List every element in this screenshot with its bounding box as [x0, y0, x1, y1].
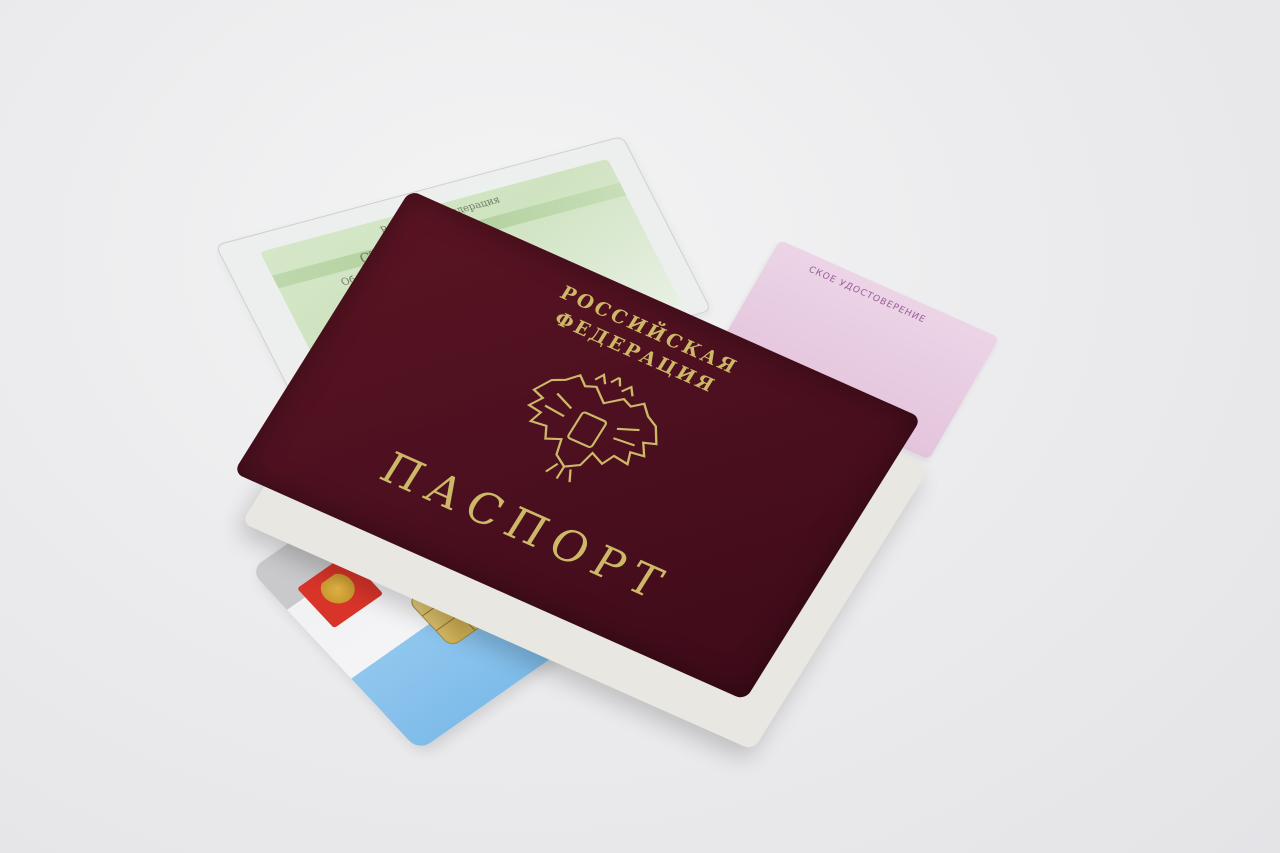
license-text: СКОЕ УДОСТОВЕРЕНИЕ [806, 265, 927, 325]
